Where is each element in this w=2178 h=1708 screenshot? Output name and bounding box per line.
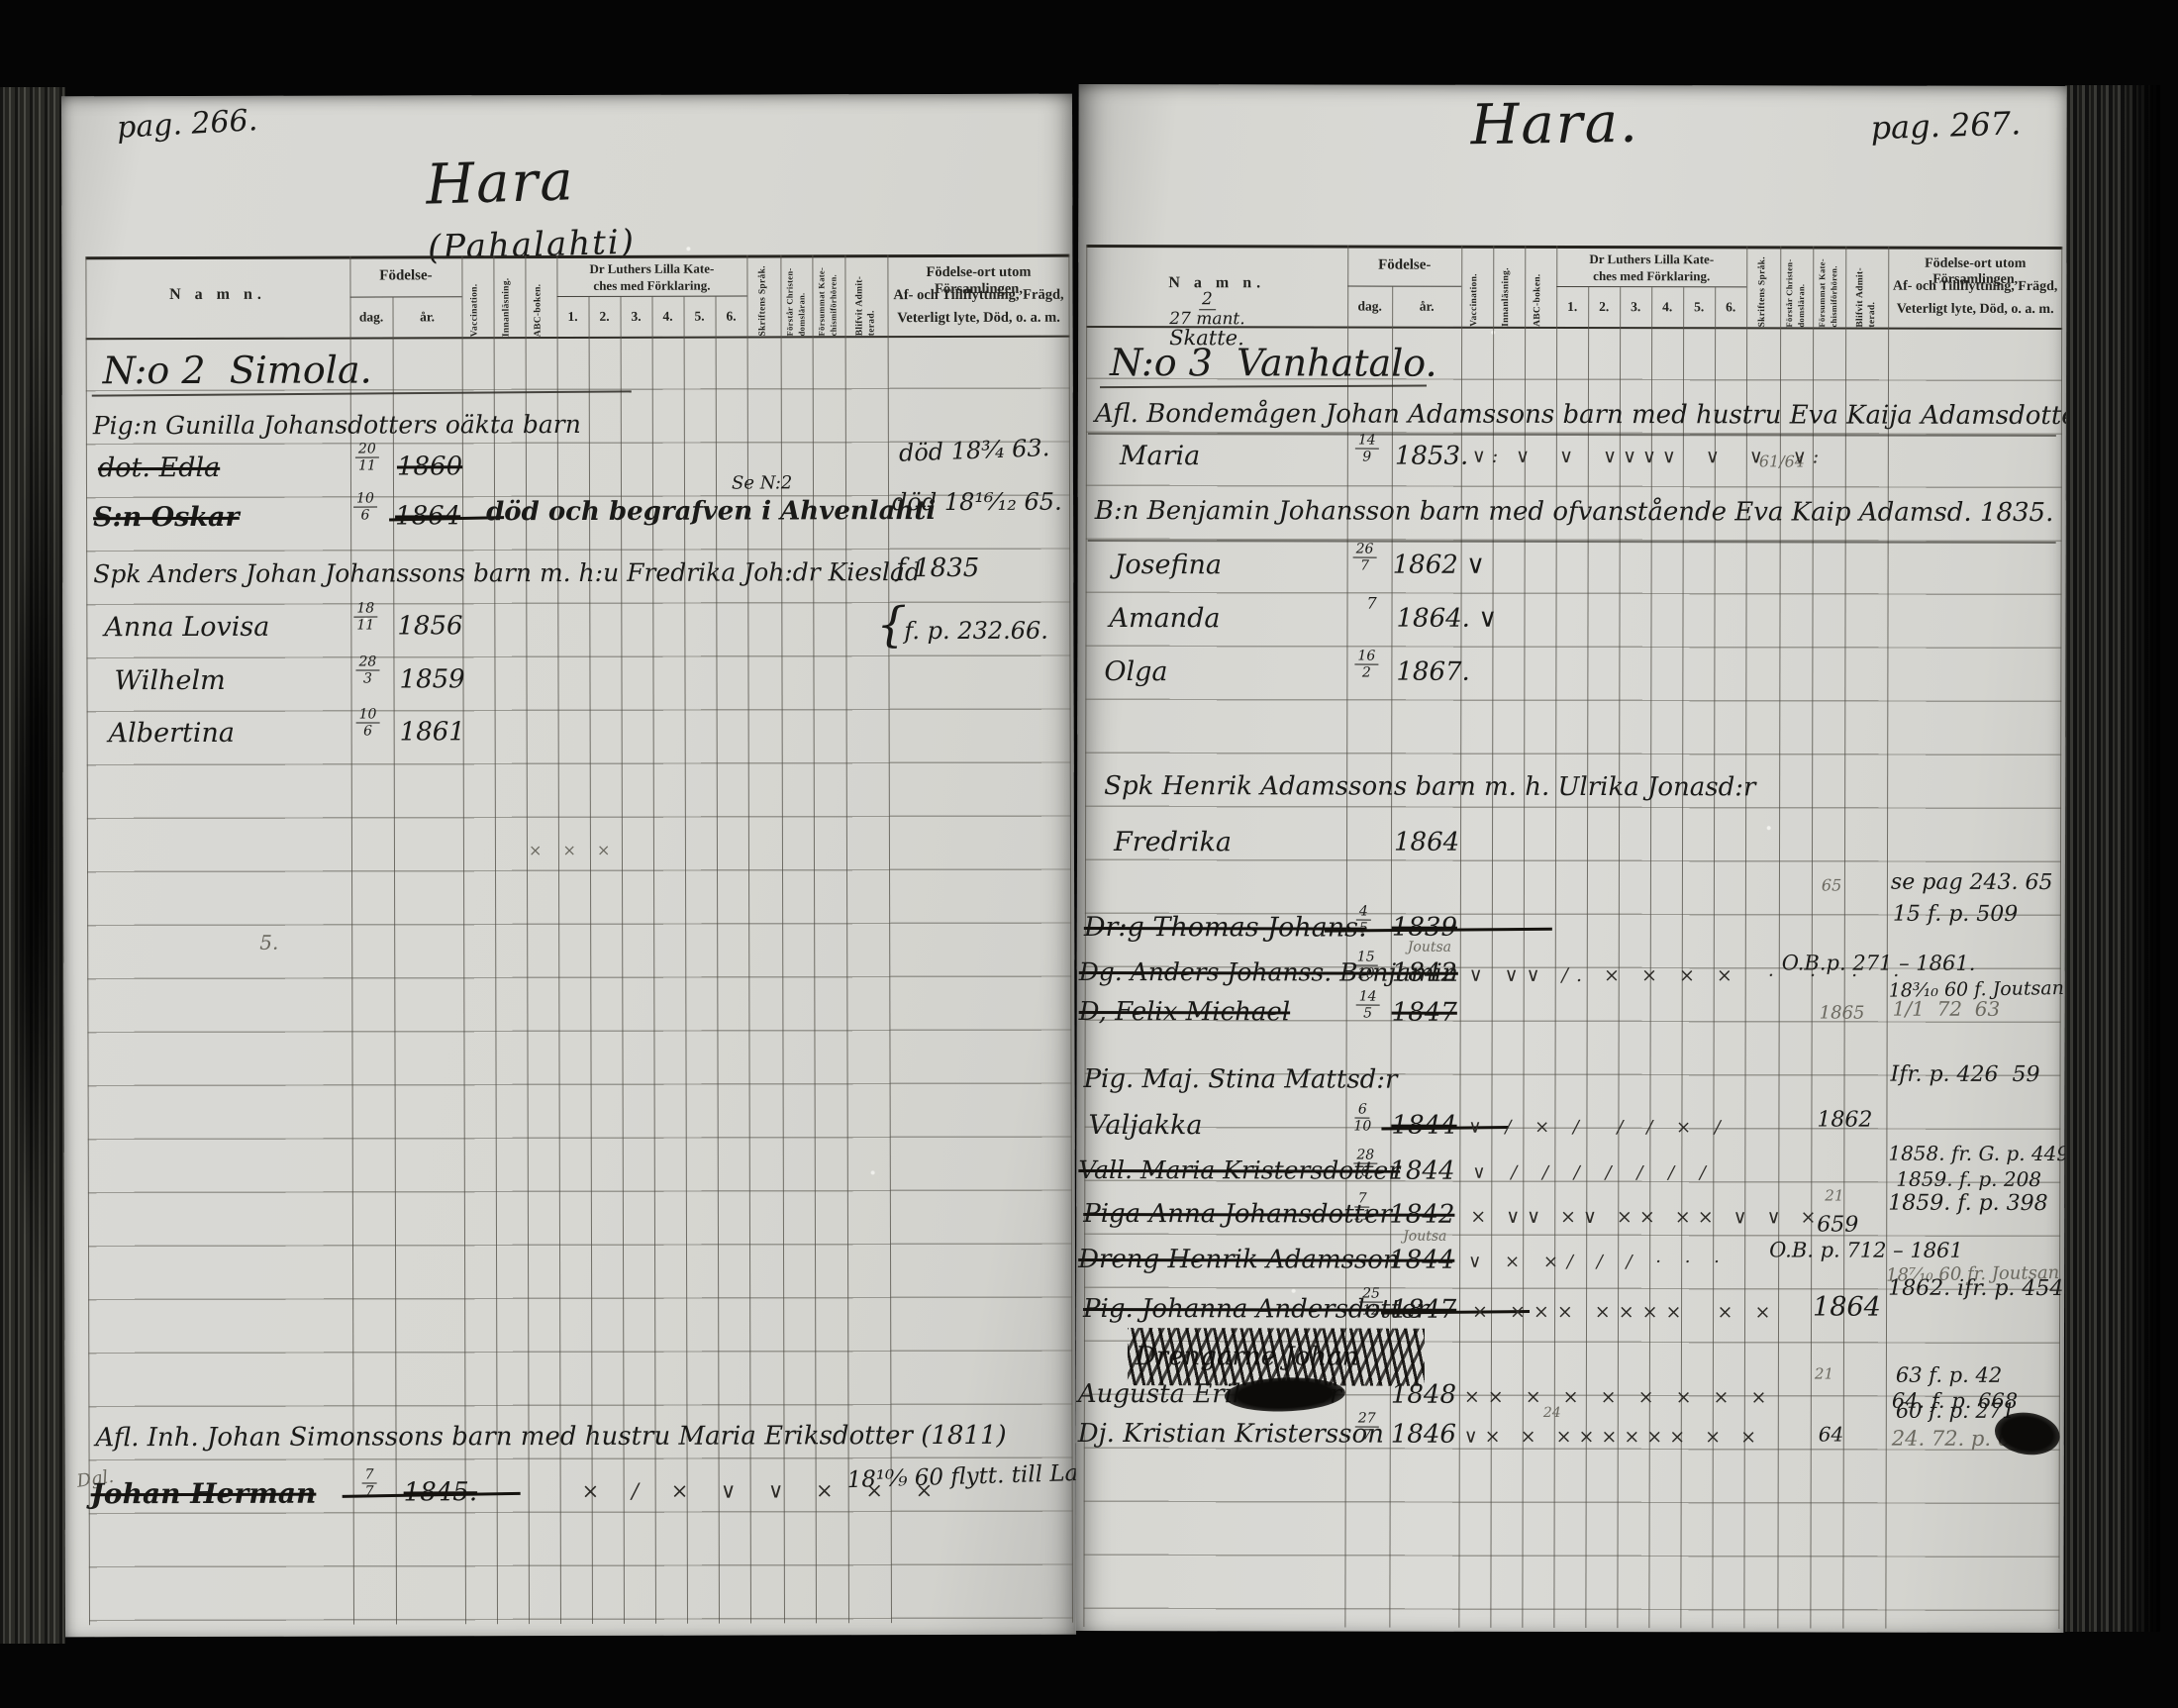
entry-name: D, Felix Michael xyxy=(1079,999,1291,1025)
column-header-birth: Födelse- xyxy=(1347,257,1461,274)
entry-name: Olga xyxy=(1104,658,1167,685)
entry-year: 1861 xyxy=(400,719,465,745)
entry-year: 1856 xyxy=(397,613,462,639)
entry-year: 1860 xyxy=(397,453,462,479)
entry-name: Amanda xyxy=(1109,605,1220,632)
village-name: Hara xyxy=(425,149,575,217)
entry-name: Maria xyxy=(1120,443,1200,469)
entry-year: 1859 xyxy=(399,666,464,692)
catechism-marks: ∨ ∕ × ∕ ∕ ∕ × ∕ xyxy=(1468,1119,1729,1138)
table-top-border xyxy=(1086,245,2062,250)
entry-name: Piga Anna Johansdotter xyxy=(1083,1201,1392,1228)
entry-name: Vall. Maria Kristersdotter xyxy=(1078,1157,1400,1183)
page-title: Hara. xyxy=(1470,96,1639,154)
note-small: 1865 xyxy=(1820,1005,1865,1023)
column-header-admitted-1: Blifvit Admit- xyxy=(1855,251,1865,328)
place-note: Joutsa xyxy=(1403,1230,1446,1244)
catechism-marks: ∨× × ×××××× × × xyxy=(1464,1428,1763,1448)
note-small: 24 xyxy=(1543,1406,1561,1420)
entry-year: 1862 ∨ xyxy=(1393,553,1486,578)
entry-name: Dreng Henrik Adamsson xyxy=(1078,1247,1400,1273)
reference-note: 1859. f. p. 398 xyxy=(1888,1193,2047,1215)
note-small: 21 xyxy=(1825,1189,1843,1204)
entry-year: 1844 xyxy=(1389,1248,1454,1273)
column-header-cat-6: 6. xyxy=(716,309,747,325)
household-heading: N:o 2 Simola. xyxy=(103,352,372,390)
column-header-cat-6: 6. xyxy=(1715,299,1746,315)
column-header-reading: Innanläsning. xyxy=(1501,250,1511,327)
faint-marks: × × × xyxy=(529,843,618,858)
column-header-cat-1: 1. xyxy=(1556,299,1588,315)
column-header-cat-1: 1. xyxy=(557,309,589,325)
column-header-catechism-line2: ches med Förklaring. xyxy=(556,278,746,295)
catechism-marks: ×× × × × × × × × xyxy=(1464,1388,1775,1408)
reference-note: 1859. f. p. 208 xyxy=(1896,1169,2041,1189)
column-header-abc-book: ABC-boken. xyxy=(1533,250,1542,327)
book-right-page-edges xyxy=(2065,85,2160,1632)
entry-name: Dj. Kristian Kristersson xyxy=(1078,1421,1384,1448)
entry-year: 1848 xyxy=(1391,1382,1456,1408)
birth-note: f 1835 xyxy=(896,555,979,581)
family-header: Afl. Bondemågen Johan Adamssons barn med… xyxy=(1095,401,2067,429)
reference-note: 63 f. p. 42 xyxy=(1896,1365,2002,1386)
column-header-cat-4: 4. xyxy=(652,309,684,325)
column-header-cat-5: 5. xyxy=(1683,299,1715,315)
entry-year: 1844 xyxy=(1389,1158,1454,1184)
entry-year: 1864 xyxy=(1394,830,1459,855)
column-header-understands-2: domsläran. xyxy=(796,258,806,336)
reference-note: 15 f. p. 509 xyxy=(1893,904,2018,926)
family-header: Spk Anders Johan Johanssons barn m. h:u … xyxy=(93,559,921,586)
reference-note: 1862. ifr. p. 454. xyxy=(1888,1278,2067,1300)
column-header-admitted-2: terad. xyxy=(1867,251,1877,328)
entry-name: Johan Herman xyxy=(91,1480,317,1509)
column-header-cat-3: 3. xyxy=(1620,299,1651,315)
column-header-missed-2: chismiförhören. xyxy=(828,258,838,336)
column-header-cat-5: 5. xyxy=(684,309,716,325)
entry-year: 1867. xyxy=(1396,659,1469,685)
entry-name: Wilhelm xyxy=(114,667,225,694)
catechism-marks: × ∨∨ ×∨ ×× ×× ∨ ∨ × xyxy=(1470,1208,1823,1228)
column-header-catechism-line2: ches med Förklaring. xyxy=(1556,268,1746,284)
entry-name: S:n Oskar xyxy=(93,504,240,531)
column-header-scripture: Skriftens Språk. xyxy=(1757,250,1767,327)
entry-year: 1847 xyxy=(1391,1297,1456,1323)
column-header-vaccination: Vaccination. xyxy=(1469,250,1479,327)
reference-note: O.B. p. 712 – 1861 xyxy=(1769,1240,1963,1260)
family-header: B:n Benjamin Johansson barn med ofvanstå… xyxy=(1095,498,2054,526)
catechism-marks: ∨: ∨ ∨ ∨∨∨∨ ∨ ∨ ∨: xyxy=(1472,448,1825,467)
column-header-understands-1: Förstår Christen- xyxy=(1784,250,1794,327)
column-header-cat-2: 2. xyxy=(589,309,621,325)
column-header-remarks-2: Af- och Tillflyttning, Frägd, xyxy=(889,287,1067,304)
note-small: 65 xyxy=(1822,878,1841,894)
column-header-cat-2: 2. xyxy=(1588,299,1620,315)
family-header: Pig. Maj. Stina Mattsd:r xyxy=(1084,1066,1398,1093)
death-note: död 18¹⁶⁄₁₂ 65. xyxy=(892,490,1062,514)
page-number: pag. 267. xyxy=(1870,107,2022,144)
column-header-day: dag. xyxy=(350,309,393,325)
column-header-remarks-3: Veterligt lyte, Död, o. a. m. xyxy=(890,310,1068,327)
column-header-year: år. xyxy=(1392,299,1461,315)
column-header-abc-book: ABC-boken. xyxy=(533,259,543,337)
reference-note: Ifr. p. 426 59 xyxy=(1891,1064,2040,1086)
faint-number: 5. xyxy=(259,933,278,953)
reference-note: 60 f. p. 271 xyxy=(1896,1401,2016,1422)
entry-name: Josefina xyxy=(1115,552,1222,578)
reference-note: se pag 243. 65 xyxy=(1891,872,2053,894)
reference-note: Se N:2 xyxy=(732,474,792,492)
note-small: 1/1 72 63 xyxy=(1893,999,2001,1019)
column-header-birth: Födelse- xyxy=(349,267,461,284)
column-header-catechism-line1: Dr Luthers Lilla Kate- xyxy=(1556,251,1746,267)
column-header-catechism-line1: Dr Luthers Lilla Kate- xyxy=(556,261,746,278)
death-note: död 18³⁄₄ 63. xyxy=(899,436,1050,465)
reference-note: 1858. fr. G. p. 449 xyxy=(1888,1144,2066,1163)
entry-year: 1864. ∨ xyxy=(1396,606,1497,632)
scanned-parish-register: pag. 266. Hara (Pahalahti) N a m n. xyxy=(0,0,2178,1708)
family-header: Pig:n Gunilla Johansdotters oäkta barn xyxy=(93,412,581,438)
reference-note: O.B.p. 271 – 1861. xyxy=(1782,953,1976,973)
column-header-missed-2: chismiförhören. xyxy=(1829,251,1838,328)
column-header-remarks-3: Veterligt lyte, Död, o. a. m. xyxy=(1890,302,2060,318)
column-header-scripture: Skriftens Språk. xyxy=(757,258,767,336)
column-header-vaccination: Vaccination. xyxy=(469,259,479,337)
column-header-remarks-2: Af- och Tillflyttning, Frägd, xyxy=(1890,279,2060,295)
catechism-marks: ∨ × ×∕ ∕ ∕ · · · xyxy=(1468,1254,1729,1272)
family-header: Afl. Inh. Johan Simonssons barn med hust… xyxy=(95,1423,1006,1451)
entry-name: Valjakka xyxy=(1088,1112,1202,1139)
entry-year: 1846 xyxy=(1391,1422,1456,1448)
catechism-marks: × ××× ×××× × × xyxy=(1472,1303,1778,1323)
entry-name: Fredrika xyxy=(1114,829,1232,855)
entry-year: 1853. xyxy=(1395,444,1468,469)
family-header: Spk Henrik Adamssons barn m. h. Ulrika J… xyxy=(1104,773,1755,800)
note-small: 64 xyxy=(1819,1425,1843,1445)
column-header-missed-1: Försummat Kate- xyxy=(1817,251,1827,328)
right-page: Hara. pag. 267. N a m n. Födelse- dag. å… xyxy=(1075,84,2066,1633)
note-small: 21 xyxy=(1815,1367,1833,1382)
admitted-year: 1864 xyxy=(1813,1294,1881,1321)
entry-name: dot. Edla xyxy=(98,454,220,481)
column-header-day: dag. xyxy=(1347,299,1392,315)
burial-note: död och begrafven i Ahvenlahti xyxy=(486,498,936,525)
column-header-understands-1: Förstår Christen- xyxy=(784,258,794,336)
entry-year: 1847 xyxy=(1392,1000,1457,1026)
column-header-cat-3: 3. xyxy=(621,309,652,325)
entry-year: 1844 xyxy=(1391,1113,1456,1139)
catechism-marks: ∨ ∕ ∕ ∕ ∕ ∕ ∕ ∕ xyxy=(1472,1164,1716,1183)
entry-year: 1842 xyxy=(1392,960,1457,986)
entry-year: 1842 xyxy=(1389,1202,1454,1228)
column-header-reading: Innanläsning. xyxy=(501,259,511,337)
column-header-missed-1: Försummat Kate- xyxy=(816,258,826,336)
brace-mark: { xyxy=(876,601,907,649)
entry-day: 7 xyxy=(1367,596,1377,612)
entry-name: Albertina xyxy=(109,720,235,747)
entry-name: Dr:g Thomas Johans. xyxy=(1084,914,1367,942)
book-spine-page-edges xyxy=(0,87,65,1644)
column-header-year: år. xyxy=(393,309,462,325)
household-heading: N:o 3 Vanhatalo. xyxy=(1110,344,1437,382)
column-header-admitted-2: terad. xyxy=(866,258,876,336)
page-number: pag. 266. xyxy=(116,106,258,144)
column-header-cat-4: 4. xyxy=(1651,299,1683,315)
note-small: 659 xyxy=(1817,1215,1858,1237)
left-page: pag. 266. Hara (Pahalahti) N a m n. xyxy=(61,94,1076,1638)
reference-note: f. p. 232.66. xyxy=(904,619,1048,643)
column-header-name: N a m n. xyxy=(85,286,349,305)
place-note: Joutsa xyxy=(1408,941,1451,954)
column-header-admitted-1: Blifvit Admit- xyxy=(854,258,864,336)
admitted-year: 1862 xyxy=(1817,1110,1872,1132)
column-header-understands-2: domsläran. xyxy=(1796,250,1806,327)
entry-name: Anna Lovisa xyxy=(104,614,269,641)
